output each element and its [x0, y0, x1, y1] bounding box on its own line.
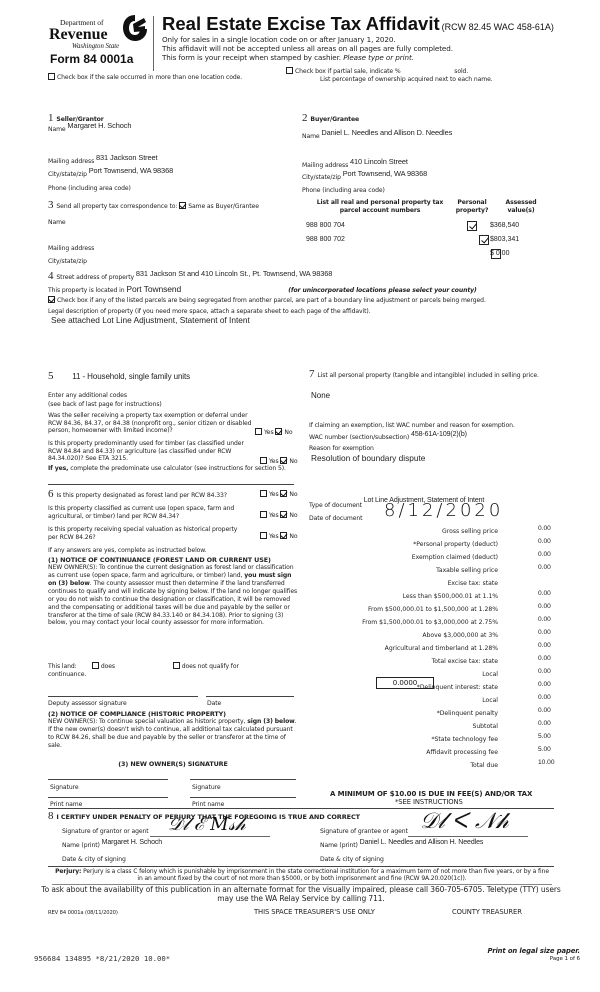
owner-print-line-2	[190, 797, 296, 798]
s6-q1-answer: Yes No	[260, 490, 297, 499]
seller-name-row: Name Margaret H. Schoch	[48, 124, 131, 134]
grantor-date-label: Date & city of signing	[62, 856, 126, 864]
s5-q2-no-checkbox[interactable]	[280, 457, 287, 464]
personal-col-header: Personal property?	[451, 199, 493, 214]
s6-if-yes: If any answers are yes, complete as inst…	[48, 547, 206, 555]
parcel-number[interactable]: 988 800 702	[306, 236, 345, 245]
fee-label: Agricultural and timberland at 1.28%	[385, 645, 498, 653]
fee-label: Excise tax: state	[448, 580, 498, 588]
exemption-label: If claiming an exemption, list WAC numbe…	[309, 422, 515, 430]
seller-city-row: City/state/zip Port Townsend, WA 98368	[48, 169, 173, 179]
s5-q1-no-checkbox[interactable]	[275, 428, 282, 435]
seller-mailing-field[interactable]: 831 Jackson Street	[96, 153, 157, 162]
reason-label: Reason for exemption	[309, 445, 374, 453]
parcel-col-header: List all real and personal property tax …	[310, 199, 450, 214]
segregate-row: Check box if any of the listed parcels a…	[48, 296, 486, 305]
ownership-note: List percentage of ownership acquired ne…	[320, 76, 493, 84]
fee-value[interactable]: 0.00	[538, 720, 578, 728]
land-does-checkbox[interactable]	[92, 662, 99, 669]
fee-value[interactable]: 10.00	[538, 759, 578, 767]
continuance-label: continuance.	[48, 671, 86, 679]
fee-value[interactable]: 0.00	[538, 681, 578, 689]
owner-sig-line-2	[190, 779, 296, 780]
fee-value[interactable]: 0.00	[538, 694, 578, 702]
fee-label: Gross selling price	[442, 528, 498, 536]
same-as-buyer-checkbox[interactable]	[179, 202, 186, 209]
property-location-note: (for unincorporated locations please sel…	[288, 287, 477, 294]
fee-value[interactable]: 0.00	[538, 668, 578, 676]
buyer-name-row: Name Daniel L. Needles and Allison D. Ne…	[302, 131, 452, 141]
fee-value[interactable]: 5.00	[538, 733, 578, 741]
s5-q1-answer: Yes No	[255, 428, 292, 437]
additional-codes-note: (see back of last page for instructions)	[48, 401, 162, 409]
deputy-sig-line	[48, 696, 198, 697]
seller-name-field[interactable]: Margaret H. Schoch	[67, 121, 131, 130]
fee-label: *Delinquent penalty	[437, 710, 498, 718]
s6-q3-no-checkbox[interactable]	[280, 532, 287, 539]
header-note-1: Only for sales in a single location code…	[162, 35, 396, 44]
fee-value[interactable]: 0.00	[538, 707, 578, 715]
s6-q3-yes-checkbox[interactable]	[260, 532, 267, 539]
fee-value[interactable]: 0.00	[538, 629, 578, 637]
fee-value[interactable]: 5.00	[538, 746, 578, 754]
form-number: Form 84 0001a	[50, 52, 133, 67]
notice2-title: (2) NOTICE OF COMPLIANCE (HISTORIC PROPE…	[48, 710, 226, 718]
buyer-name-field[interactable]: Daniel L. Needles and Allison D. Needles	[321, 128, 452, 137]
assessed-value[interactable]: $803,341	[490, 236, 519, 245]
assessed-col-header: Assessed value(s)	[500, 199, 542, 214]
s6-q3-answer: Yes No	[260, 532, 297, 541]
property-street-row: 4Street address of property 831 Jackson …	[48, 270, 332, 284]
grantee-sig-line	[408, 836, 528, 837]
correspondence-row: 3Send all property tax correspondence to…	[48, 199, 259, 213]
fee-label: Subtotal	[472, 723, 498, 731]
owner-sig-label-2: Signature	[192, 784, 221, 792]
fee-value[interactable]: 0.00	[538, 538, 578, 546]
parcel-table: 988 800 704 $368,540988 800 702 $803,341…	[0, 0, 600, 12]
page-number: Page 1 of 6	[550, 956, 580, 963]
grantee-name-field[interactable]: Daniel L. Needles and Allison H. Needles	[360, 839, 484, 846]
s6-q2-answer: Yes No	[260, 511, 297, 520]
personal-property-checkbox[interactable]	[479, 235, 489, 245]
rev-number: REV 84 0001a (08/11/2020)	[48, 910, 118, 917]
local-rate-box[interactable]: 0.0000	[376, 677, 434, 689]
form-title: Real Estate Excise Tax Affidavit (RCW 82…	[162, 12, 554, 35]
section5-divider	[48, 484, 294, 485]
owner-sig-label-1: Signature	[50, 784, 79, 792]
notice1-body: NEW OWNER(S): To continue the current de…	[48, 564, 298, 627]
header-divider	[153, 16, 154, 71]
fee-value[interactable]: 0.00	[538, 616, 578, 624]
s5-q1: Was the seller receiving a property tax …	[48, 412, 258, 435]
deputy-sig-label: Deputy assessor signature	[48, 700, 127, 708]
wac-field[interactable]: 458-61A-109(2)(b)	[411, 431, 467, 438]
partial-sale-row: Check box if partial sale, indicate % so…	[286, 67, 468, 76]
fee-label: Local	[482, 697, 498, 705]
correspondence-mailing-label: Mailing address	[48, 245, 94, 253]
fee-label: From $500,000.01 to $1,500,000 at 1.28%	[368, 606, 498, 614]
print-note: Print on legal size paper.	[488, 947, 580, 955]
grantee-date-label: Date & city of signing	[320, 856, 384, 864]
buyer-phone-row: Phone (including area code)	[302, 185, 385, 195]
doc-date-field[interactable]: 8/12/2020	[384, 500, 503, 523]
fee-label: *Personal property (deduct)	[413, 541, 498, 549]
fee-value[interactable]: 0.00	[538, 655, 578, 663]
fee-label: Taxable selling price	[436, 567, 498, 575]
correspondence-name-label: Name	[48, 219, 66, 227]
s6-q1-yes-checkbox[interactable]	[260, 490, 267, 497]
deputy-date-line	[206, 696, 294, 697]
see-instructions: *SEE INSTRUCTIONS	[395, 798, 463, 806]
use-code-field[interactable]: 11 - Household, single family units	[72, 372, 190, 381]
fee-value[interactable]: 0.00	[538, 551, 578, 559]
s6-q2-yes-checkbox[interactable]	[260, 511, 267, 518]
multi-location-checkbox[interactable]	[48, 73, 55, 80]
owner-print-line-1	[48, 797, 168, 798]
s6-q3: Is this property receiving special valua…	[48, 526, 248, 541]
partial-sale-checkbox[interactable]	[286, 67, 293, 74]
seller-phone-row: Phone (including area code)	[48, 183, 131, 193]
fee-label: From $1,500,000.01 to $3,000,000 at 2.75…	[362, 619, 498, 627]
notice1-title: (1) NOTICE OF CONTINUANCE (FOREST LAND O…	[48, 556, 271, 564]
grantor-sig-label: Signature of grantor or agent	[62, 828, 149, 836]
s6-q2-no-checkbox[interactable]	[280, 511, 287, 518]
s5-q2: Is this property predominantly used for …	[48, 440, 248, 463]
buyer-mailing-field[interactable]: 410 Lincoln Street	[350, 157, 408, 166]
buyer-city-row: City/state/zip Port Townsend, WA 98368	[302, 172, 427, 182]
owner-sig-line-1	[48, 779, 168, 780]
buyer-heading: 2Buyer/Grantee	[302, 112, 359, 126]
wac-row: WAC number (section/subsection) 458-61A-…	[309, 434, 467, 443]
buyer-city-field[interactable]: Port Townsend, WA 98368	[343, 169, 427, 178]
grantee-name-row: Name (print) Daniel L. Needles and Allis…	[320, 842, 483, 851]
grantee-sig-label: Signature of grantee or agent	[320, 828, 408, 836]
header-note-3: This form is your receipt when stamped b…	[162, 53, 414, 62]
s6-q1: 6Is this property designated as forest l…	[48, 488, 227, 502]
s6-q2: Is this property classified as current u…	[48, 505, 248, 520]
multi-location-row: Check box if the sale occurred in more t…	[48, 73, 242, 82]
fee-label: Local	[440, 671, 498, 679]
grantee-signature[interactable]: 𝒟𝓁 ᐸ 𝒩𝒽	[420, 808, 509, 836]
notice2-body: NEW OWNER(S): To continue special valuat…	[48, 718, 298, 750]
certify-bottom-line	[48, 866, 554, 867]
assessed-value[interactable]: $ 0.00	[490, 250, 509, 259]
land-does-not-checkbox[interactable]	[173, 662, 180, 669]
section5-row: 5 11 - Household, single family units	[48, 370, 190, 384]
reason-field[interactable]: Resolution of boundary dispute	[311, 453, 425, 463]
s7-label: 7List all personal property (tangible an…	[309, 368, 549, 382]
county-treasurer-label: COUNTY TREASURER	[452, 908, 522, 916]
personal-property-checkbox[interactable]	[467, 221, 477, 231]
seller-city-field[interactable]: Port Townsend, WA 98368	[89, 166, 173, 175]
additional-codes-label: Enter any additional codes	[48, 392, 127, 400]
fee-label: *State technology fee	[431, 736, 498, 744]
fee-label: Less than $500,000.01 at 1.1%	[403, 593, 498, 601]
correspondence-city-label: City/state/zip	[48, 258, 87, 266]
fee-label: Affidavit processing fee	[426, 749, 498, 757]
fee-label: Exemption claimed (deduct)	[412, 554, 498, 562]
property-located-row: This property is located in Port Townsen…	[48, 284, 477, 295]
fee-value[interactable]: 0.00	[538, 525, 578, 533]
grantor-name-field[interactable]: Margaret H. Schoch	[102, 839, 162, 846]
property-street-field[interactable]: 831 Jackson St and 410 Lincoln St., Pt. …	[136, 269, 332, 278]
assessed-value[interactable]: $368,540	[490, 222, 519, 231]
notice3-title: (3) NEW OWNER(S) SIGNATURE	[48, 760, 298, 768]
s5-q1-yes-checkbox[interactable]	[255, 428, 262, 435]
fee-value[interactable]: 0.00	[538, 564, 578, 572]
revenue-logo-icon	[122, 14, 148, 42]
s6-q1-no-checkbox[interactable]	[280, 490, 287, 497]
treasurer-use-note: THIS SPACE TREASURER'S USE ONLY	[254, 908, 375, 916]
seller-mailing-row: Mailing address 831 Jackson Street	[48, 156, 158, 166]
segregate-checkbox[interactable]	[48, 296, 55, 303]
doc-date-label: Date of document	[309, 515, 362, 523]
property-location-field[interactable]: Port Townsend	[126, 284, 286, 295]
title-text: Real Estate Excise Tax Affidavit	[162, 13, 440, 34]
receipt-stamp: 956684 134895 *8/21/2020 10.00*	[34, 954, 170, 963]
s5-q2-yes-checkbox[interactable]	[260, 457, 267, 464]
fee-label: Total due	[470, 762, 498, 770]
fee-value[interactable]: 0.00	[538, 590, 578, 598]
deputy-date-label: Date	[207, 700, 221, 708]
fee-value[interactable]: 0.00	[538, 642, 578, 650]
title-citation: (RCW 82.45 WAC 458-61A)	[442, 22, 554, 32]
s5-q2-note: If yes, complete the predominate use cal…	[48, 465, 288, 473]
header-note-2: This affidavit will not be accepted unle…	[162, 44, 453, 53]
fee-value[interactable]: 0.00	[538, 603, 578, 611]
accessibility-notice: To ask about the availability of this pu…	[40, 886, 562, 903]
grantor-name-row: Name (print) Margaret H. Schoch	[62, 842, 162, 851]
fee-label: Total excise tax: state	[432, 658, 498, 666]
agency-state: Washington State	[72, 43, 119, 51]
fee-label: Above $3,000,000 at 3%	[422, 632, 498, 640]
grantor-signature[interactable]: 𝒟𝓁 ℰ 𝑀𝓈𝒽	[168, 814, 246, 837]
parcel-number[interactable]: 988 800 704	[306, 222, 345, 231]
agency-name: Revenue	[49, 25, 108, 45]
agency-logo-block: Department of Revenue Washington State F…	[40, 14, 150, 74]
this-land-row: This land: does does not qualify for	[48, 662, 239, 671]
personal-property-field[interactable]: None	[311, 391, 330, 401]
perjury-notice: Perjury: Perjury is a class C felony whi…	[52, 868, 552, 882]
legal-desc-field[interactable]: See attached Lot Line Adjustment, Statem…	[51, 315, 250, 325]
